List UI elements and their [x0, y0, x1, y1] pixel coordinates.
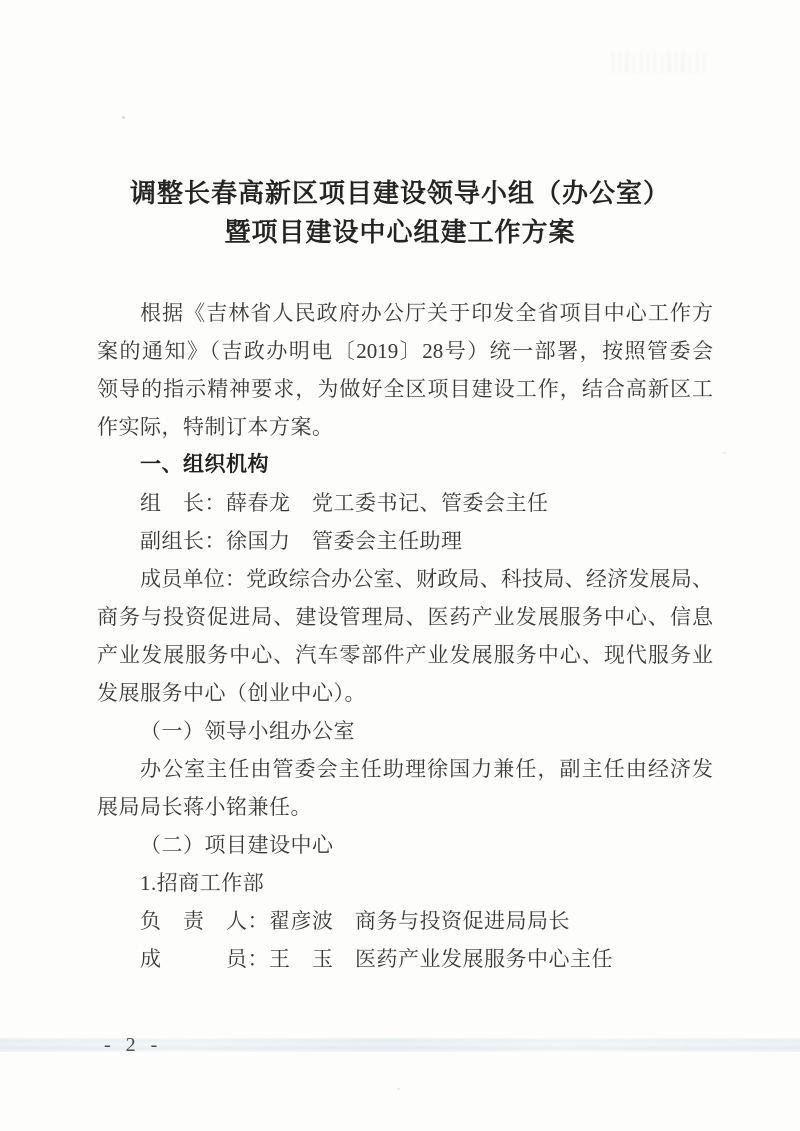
section-heading: 一、组织机构	[97, 446, 713, 484]
body-line: 组 长：薛春龙 党工委书记、管委会主任	[97, 484, 713, 522]
body-line: 领导的指示精神要求，为做好全区项目建设工作，结合高新区工	[97, 370, 713, 408]
scan-speck	[723, 452, 726, 454]
scanned-document-page: 调整长春高新区项目建设领导小组（办公室） 暨项目建设中心组建工作方案 根据《吉林…	[0, 0, 800, 1131]
document-title-line-1: 调整长春高新区项目建设领导小组（办公室）	[0, 174, 800, 213]
scan-smudge-artifact	[612, 53, 708, 73]
body-line: 办公室主任由管委会主任助理徐国力兼任，副主任由经济发	[97, 750, 713, 788]
body-line: 成员单位：党政综合办公室、财政局、科技局、经济发展局、	[97, 560, 713, 598]
subsection-heading: 1.招商工作部	[97, 864, 713, 902]
body-line: 产业发展服务中心、汽车零部件产业发展服务中心、现代服务业	[97, 636, 713, 674]
document-body: 根据《吉林省人民政府办公厅关于印发全省项目中心工作方 案的通知》（吉政办明电〔2…	[97, 294, 713, 978]
document-title: 调整长春高新区项目建设领导小组（办公室） 暨项目建设中心组建工作方案	[0, 174, 800, 252]
subsection-heading: （一）领导小组办公室	[97, 712, 713, 750]
body-line: 副组长：徐国力 管委会主任助理	[97, 522, 713, 560]
scan-speck	[122, 116, 125, 119]
scan-speck	[397, 1088, 400, 1090]
document-title-line-2: 暨项目建设中心组建工作方案	[0, 213, 800, 252]
body-line: 商务与投资促进局、建设管理局、医药产业发展服务中心、信息	[97, 598, 713, 636]
body-line: 发展服务中心（创业中心）。	[97, 674, 713, 712]
body-line: 展局局长蒋小铭兼任。	[97, 788, 713, 826]
body-line: 作实际，特制订本方案。	[97, 408, 713, 446]
page-number: - 2 -	[104, 1032, 162, 1058]
body-line: 案的通知》（吉政办明电〔2019〕28号）统一部署，按照管委会	[97, 332, 713, 370]
subsection-heading: （二）项目建设中心	[97, 826, 713, 864]
body-line: 成 员：王 玉 医药产业发展服务中心主任	[97, 940, 713, 978]
body-line: 根据《吉林省人民政府办公厅关于印发全省项目中心工作方	[97, 294, 713, 332]
body-line: 负 责 人：翟彦波 商务与投资促进局局长	[97, 902, 713, 940]
